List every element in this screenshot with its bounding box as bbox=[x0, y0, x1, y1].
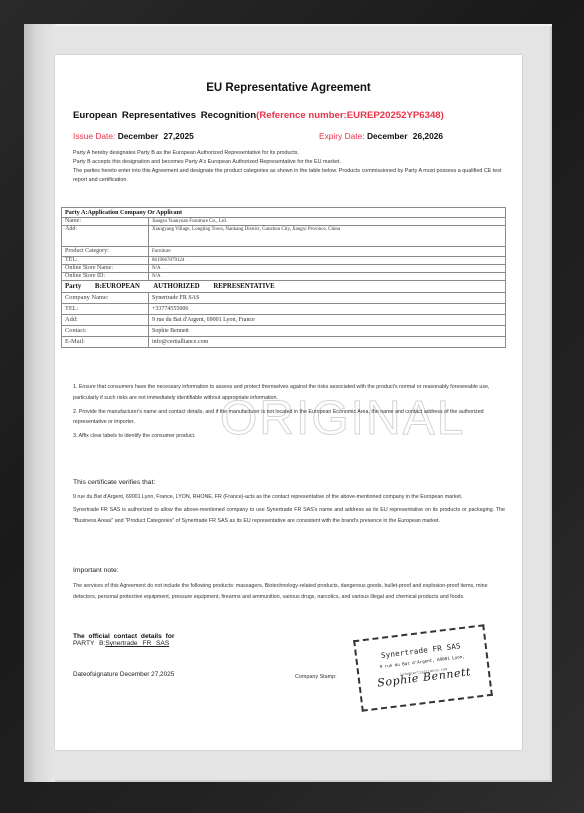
party-b-header-row: Party B:EUROPEAN AUTHORIZED REPRESENTATI… bbox=[62, 281, 506, 293]
field-label: TEL: bbox=[62, 257, 149, 265]
field-value: Jiangsu Yuanyuan Furniture Co., Ltd. bbox=[149, 218, 506, 226]
table-row: Online Store ID: N/A bbox=[62, 273, 506, 281]
obligation-item: 3. Affix clear labels to identify the co… bbox=[73, 431, 503, 442]
certificate-body: 9 rue du Bat d'Argent, 69001 Lyon, Franc… bbox=[73, 492, 505, 528]
table-row: Company Name: Synertrade FR SAS bbox=[62, 293, 506, 304]
certificate-paragraph: Synertrade FR SAS is authorized to allow… bbox=[73, 505, 505, 527]
issue-date-label: Issue Date: bbox=[73, 131, 115, 141]
field-label: Online Store Name: bbox=[62, 265, 149, 273]
field-value: Synertrade FR SAS bbox=[149, 293, 506, 304]
field-value: N/A bbox=[149, 265, 506, 273]
issue-date-value: December 27,2025 bbox=[118, 131, 194, 141]
contact-line: PARTY B:Synertrade FR SAS bbox=[73, 640, 169, 648]
recognition-label: European Representatives Recognition bbox=[73, 110, 256, 121]
field-label: Online Store ID: bbox=[62, 273, 149, 281]
important-note-heading: Important note: bbox=[73, 567, 119, 574]
expiry-date-label: Expiry Date: bbox=[319, 131, 365, 141]
intro-paragraph: Party A hereby designates Party B as the… bbox=[73, 149, 503, 158]
document-title: EU Representative Agreement bbox=[55, 82, 522, 94]
obligations-list: 1. Ensure that consumers have the necess… bbox=[73, 382, 503, 445]
field-value: +33774555006 bbox=[149, 304, 506, 315]
table-row: Contact: Sophie Bennett bbox=[62, 326, 506, 337]
validity-dates: Issue Date: December 27,2025 Expiry Date… bbox=[73, 131, 511, 141]
certificate-heading: This certificate verifies that: bbox=[73, 479, 155, 486]
table-row: Product Category: Furniture bbox=[62, 247, 506, 257]
table-row: Add: 9 rue du Bat d'Argent, 69001 Lyon, … bbox=[62, 315, 506, 326]
obligation-item: 1. Ensure that consumers have the necess… bbox=[73, 382, 503, 404]
field-label: Add: bbox=[62, 226, 149, 247]
company-stamp: Synertrade FR SAS 9 rue du Bat d'Argent,… bbox=[353, 624, 493, 712]
field-label: Name: bbox=[62, 218, 149, 226]
intro-paragraphs: Party A hereby designates Party B as the… bbox=[73, 149, 503, 185]
field-label: TEL: bbox=[62, 304, 149, 315]
recognition-line: European Representatives Recognition(Ref… bbox=[73, 110, 444, 121]
expiry-date-value: December 26,2026 bbox=[367, 131, 443, 141]
field-value: Sophie Bennett bbox=[149, 326, 506, 337]
company-stamp-label: Company Stamp: bbox=[295, 674, 337, 680]
intro-paragraph: The parties hereto enter into this Agree… bbox=[73, 167, 503, 184]
table-row: TEL: 8619067079124 bbox=[62, 257, 506, 265]
field-label: Add: bbox=[62, 315, 149, 326]
table-row: E-Mail: info@certialliance.com bbox=[62, 337, 506, 348]
field-value: N/A bbox=[149, 273, 506, 281]
field-label: Contact: bbox=[62, 326, 149, 337]
field-value: 8619067079124 bbox=[149, 257, 506, 265]
contact-party: PARTY B: bbox=[73, 640, 105, 647]
party-a-header-row: Party A:Application Company Or Applicant bbox=[62, 208, 506, 218]
field-label: Product Category: bbox=[62, 247, 149, 257]
field-value: Furniture bbox=[149, 247, 506, 257]
signature-date-value: December 27,2025 bbox=[120, 671, 174, 678]
frame-mat-bevel bbox=[24, 24, 55, 782]
field-value: info@certialliance.com bbox=[149, 337, 506, 348]
certificate-paragraph: 9 rue du Bat d'Argent, 69001 Lyon, Franc… bbox=[73, 492, 505, 503]
table-row: Online Store Name: N/A bbox=[62, 265, 506, 273]
obligation-item: 2. Provide the manufacturer's name and c… bbox=[73, 407, 503, 429]
signature-date-label: Dateofsignature bbox=[73, 671, 118, 678]
important-note-text: The services of this Agreement do not in… bbox=[73, 581, 507, 603]
field-label: E-Mail: bbox=[62, 337, 149, 348]
field-label: Company Name: bbox=[62, 293, 149, 304]
party-b-header: Party B:EUROPEAN AUTHORIZED REPRESENTATI… bbox=[62, 281, 506, 293]
table-row: TEL: +33774555006 bbox=[62, 304, 506, 315]
reference-number: (Reference number:EUREP20252YP6348) bbox=[256, 110, 444, 121]
table-row: Add: Xiangyang Village, Longling Town, N… bbox=[62, 226, 506, 247]
intro-paragraph: Party B accepts this designation and bec… bbox=[73, 158, 503, 167]
expiry-date-group: Expiry Date: December 26,2026 bbox=[319, 131, 443, 141]
issue-date-group: Issue Date: December 27,2025 bbox=[73, 131, 194, 141]
contact-company: Synertrade FR SAS bbox=[105, 640, 169, 647]
field-value: Xiangyang Village, Longling Town, Nankan… bbox=[149, 226, 506, 247]
table-row: Name: Jiangsu Yuanyuan Furniture Co., Lt… bbox=[62, 218, 506, 226]
certificate-paper: ORIGINAL EU Representative Agreement Eur… bbox=[55, 55, 522, 750]
parties-table: Party A:Application Company Or Applicant… bbox=[61, 207, 506, 348]
field-value: 9 rue du Bat d'Argent, 69001 Lyon, Franc… bbox=[149, 315, 506, 326]
signature-date: Dateofsignature December 27,2025 bbox=[73, 671, 174, 678]
contact-heading: The official contact details for bbox=[73, 633, 174, 640]
party-a-header: Party A:Application Company Or Applicant bbox=[62, 208, 506, 218]
